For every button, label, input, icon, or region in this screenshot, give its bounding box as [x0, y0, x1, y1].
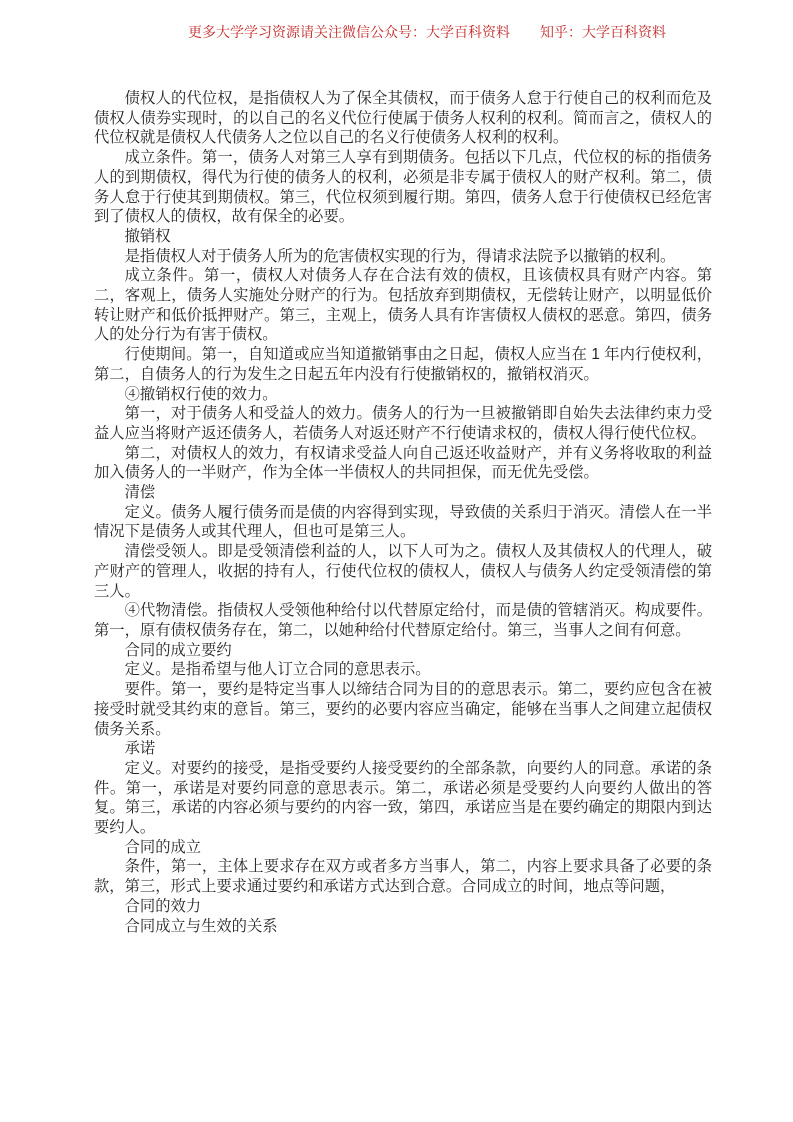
paragraph: 清偿	[94, 483, 712, 503]
document-page: 更多大学学习资源请关注微信公众号：大学百科资料 知乎：大学百科资料 债权人的代位…	[0, 0, 793, 1122]
document-body: 债权人的代位权，是指债权人为了保全其债权，而于债务人怠于行使自己的权利而危及债权…	[94, 89, 712, 936]
paragraph: 行使期间。第一，自知道或应当知道撤销事由之日起，债权人应当在 1 年内行使权利，…	[94, 345, 712, 384]
paragraph: 定义。债务人履行债务而是债的内容得到实现，导致债的关系归于消灭。清偿人在一半情况…	[94, 503, 712, 542]
paragraph: 合同成立与生效的关系	[94, 917, 712, 937]
paragraph: 合同的效力	[94, 897, 712, 917]
paragraph: 承诺	[94, 739, 712, 759]
paragraph: 清偿受领人。即是受领清偿利益的人，以下人可为之。债权人及其债权人的代理人，破产财…	[94, 542, 712, 601]
paragraph: 合同的成立	[94, 838, 712, 858]
paragraph: 成立条件。第一，债权人对债务人存在合法有效的债权，且该债权具有财产内容。第二，客…	[94, 266, 712, 345]
paragraph: 撤销权	[94, 227, 712, 247]
paragraph: 成立条件。第一，债务人对第三人享有到期债务。包括以下几点，代位权的标的指债务人的…	[94, 148, 712, 227]
paragraph: ④撤销权行使的效力。	[94, 385, 712, 405]
paragraph: ④代物清偿。指债权人受领他种给付以代替原定给付，而是债的管辖消灭。构成要件。第一…	[94, 601, 712, 640]
header-zhihu-text: 知乎：大学百科资料	[540, 22, 666, 42]
paragraph: 定义。对要约的接受，是指受要约人接受要约的全部条款，向要约人的同意。承诺的条件。…	[94, 759, 712, 838]
paragraph: 债权人的代位权，是指债权人为了保全其债权，而于债务人怠于行使自己的权利而危及债权…	[94, 89, 712, 148]
header-wechat-text: 更多大学学习资源请关注微信公众号：大学百科资料	[188, 22, 510, 42]
paragraph: 是指债权人对于债务人所为的危害债权实现的行为，得请求法院予以撤销的权利。	[94, 247, 712, 267]
paragraph: 合同的成立要约	[94, 641, 712, 661]
paragraph: 第二，对债权人的效力，有权请求受益人向自己返还收益财产，并有义务将收取的利益加入…	[94, 444, 712, 483]
paragraph: 条件，第一，主体上要求存在双方或者多方当事人，第二，内容上要求具备了必要的条款，…	[94, 857, 712, 896]
paragraph: 第一，对于债务人和受益人的效力。债务人的行为一旦被撤销即自始失去法律约束力受益人…	[94, 404, 712, 443]
paragraph: 要件。第一，要约是特定当事人以缔结合同为目的的意思表示。第二，要约应包含在被接受…	[94, 680, 712, 739]
page-header: 更多大学学习资源请关注微信公众号：大学百科资料 知乎：大学百科资料	[188, 22, 666, 42]
paragraph: 定义。是指希望与他人订立合同的意思表示。	[94, 660, 712, 680]
